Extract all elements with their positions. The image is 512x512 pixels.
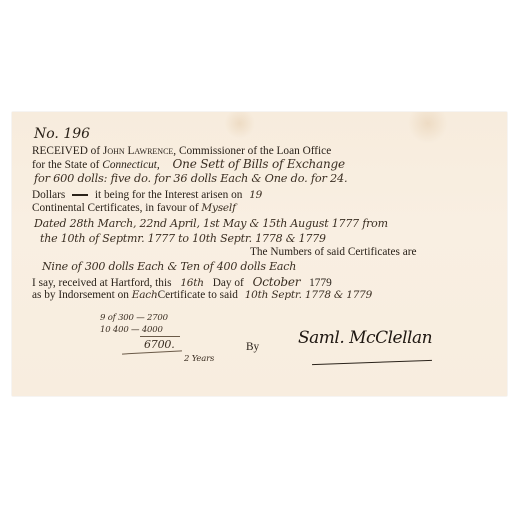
printed-text: Day of	[213, 277, 244, 289]
line-received-at: I say, received at Hartford, this 16th D…	[32, 276, 332, 290]
handwritten-each: Each	[132, 289, 158, 301]
handwritten-amounts: for 600 dolls: five do. for 36 dolls Eac…	[34, 172, 347, 185]
handwritten-day: 16th	[180, 277, 204, 289]
tally-underline	[122, 350, 182, 354]
printed-text: as by Indorsement on	[32, 289, 129, 301]
receipt-number: No. 196	[34, 126, 90, 142]
handwritten-to-date: 10th Septr. 1778 & 1779	[245, 289, 372, 301]
handwritten-bills: One Sett of Bills of Exchange	[173, 157, 345, 171]
state-name: Connecticut,	[102, 159, 159, 171]
printed-text: Certificate to said	[158, 289, 238, 301]
handwritten-period: the 10th of Septmr. 1777 to 10th Septr. …	[40, 232, 326, 245]
tally-note: 2 Years	[184, 353, 214, 366]
printed-text: Continental Certificates, in favour of	[32, 202, 199, 214]
line-numbers: The Numbers of said Certificates are	[250, 246, 417, 259]
tally-total: 6700.	[144, 338, 175, 351]
line-certificates: Continental Certificates, in favour of M…	[32, 202, 236, 215]
dash-mark	[72, 194, 88, 196]
handwritten-count: 19	[249, 189, 262, 201]
printed-text: I say, received at Hartford, this	[32, 277, 171, 289]
receipt-document: No. 196 RECEIVED of John Lawrence, Commi…	[12, 112, 507, 396]
year: 1779	[309, 277, 332, 289]
signature: Saml. McClellan	[298, 328, 432, 348]
by-label: By	[246, 341, 259, 354]
printed-text: , Commissioner of the Loan Office	[173, 145, 331, 157]
line-indorsement: as by Indorsement on EachCertificate to …	[32, 289, 372, 302]
printed-text: it being for the Interest arisen on	[95, 189, 242, 201]
handwritten-month: October	[253, 275, 301, 289]
commissioner-name: John Lawrence	[103, 145, 173, 157]
line-dollars: Dollars it being for the Interest arisen…	[32, 189, 262, 202]
signature-flourish	[312, 360, 432, 365]
printed-text: Dollars	[32, 189, 65, 201]
handwritten-numbers: Nine of 300 dolls Each & Ten of 400 doll…	[42, 260, 296, 273]
handwritten-dates: Dated 28th March, 22nd April, 1st May & …	[34, 217, 388, 230]
line-state: for the State of Connecticut, One Sett o…	[32, 158, 345, 172]
tally-rule	[140, 336, 180, 337]
printed-text: RECEIVED of	[32, 145, 103, 157]
handwritten-favour: Myself	[201, 202, 235, 214]
printed-text: for the State of	[32, 159, 102, 171]
